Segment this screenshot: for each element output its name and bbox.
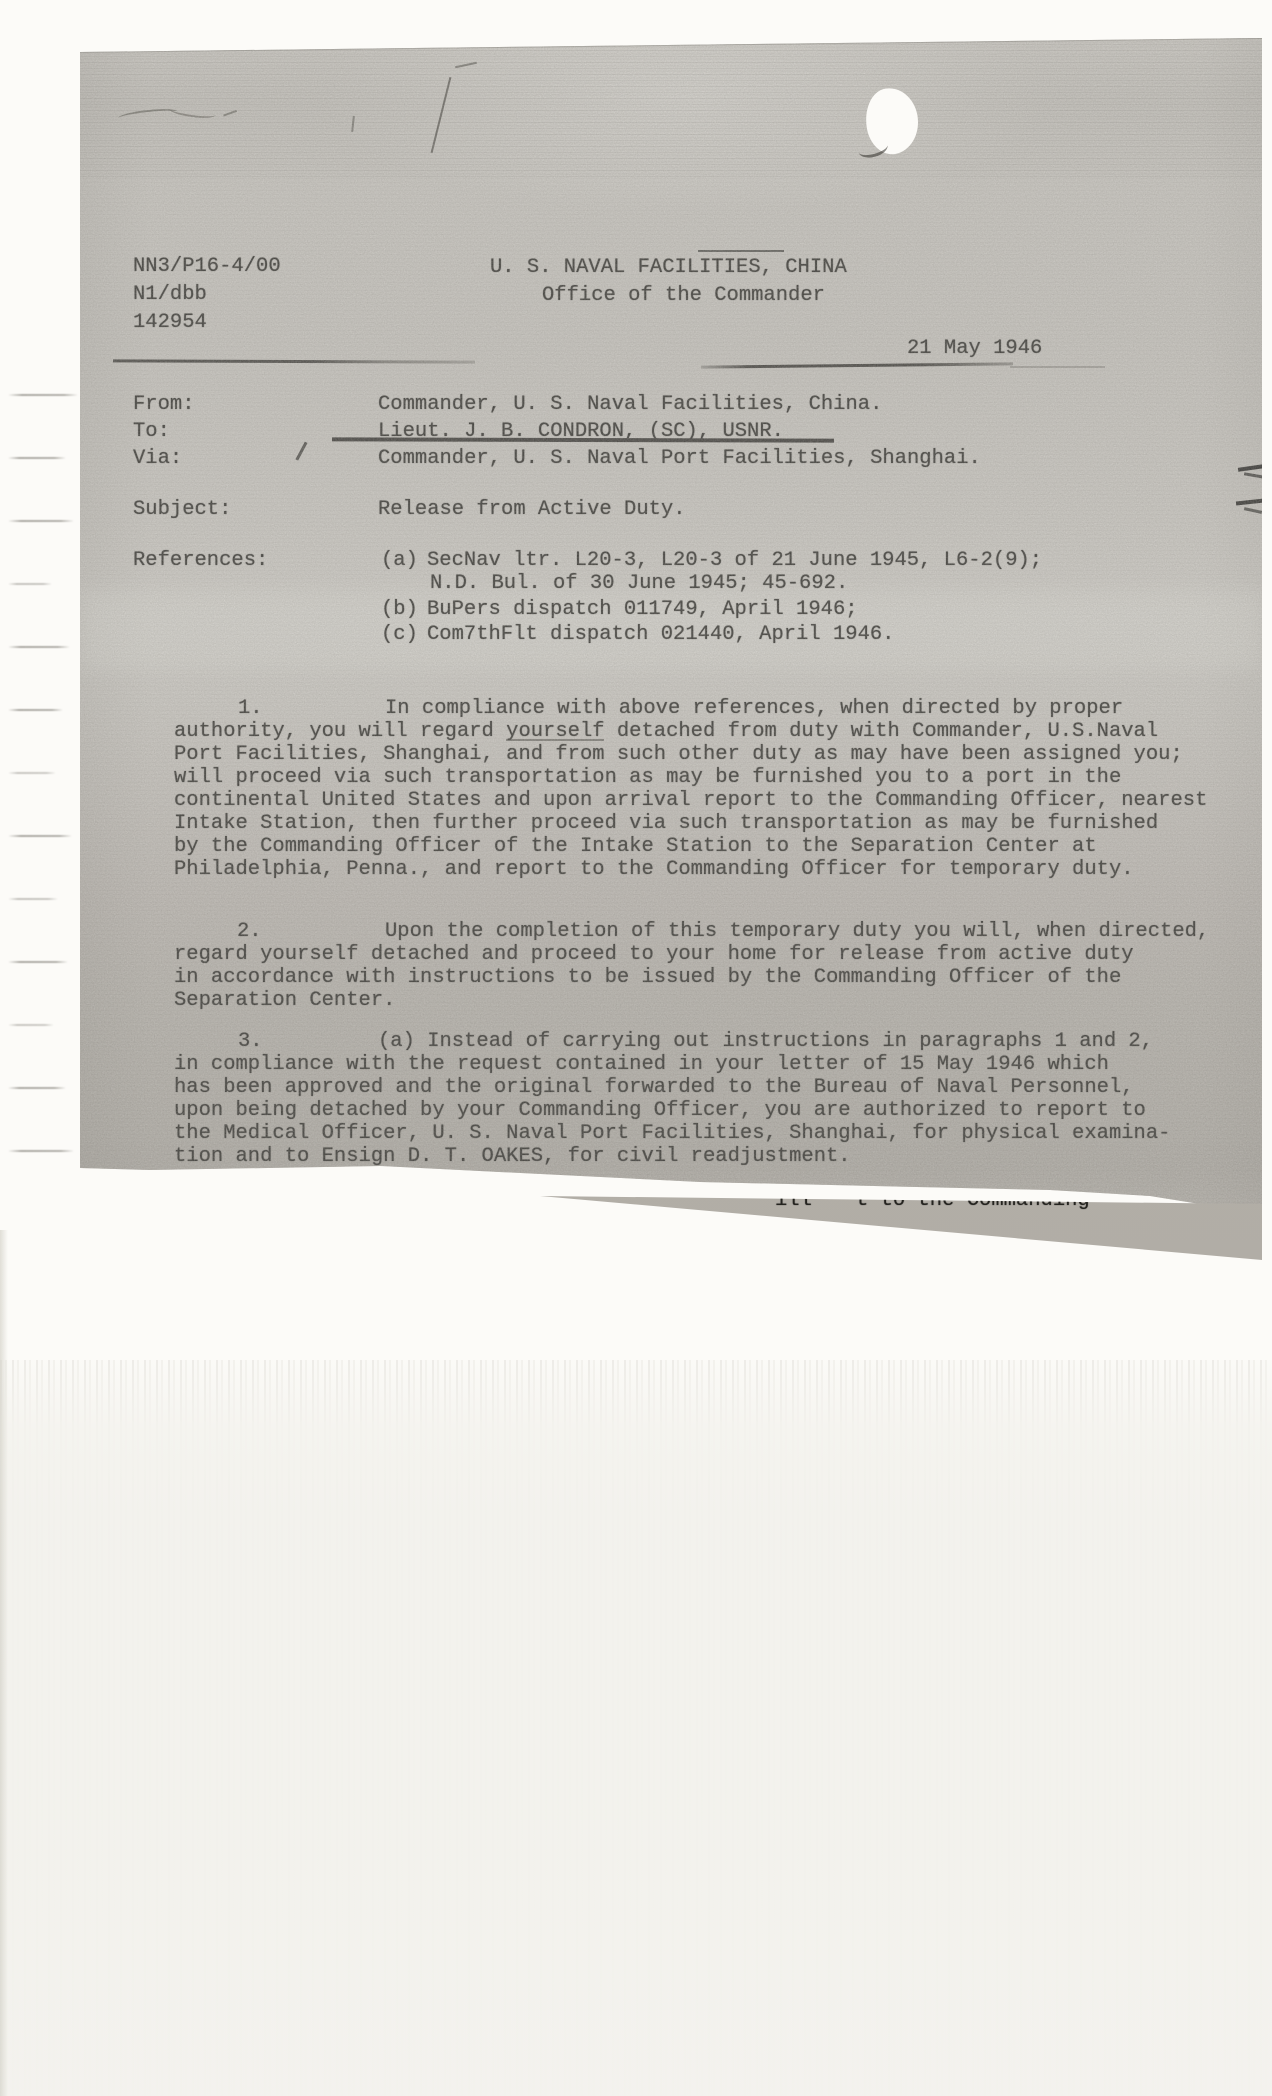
scanner-edge-strip xyxy=(0,1230,8,2096)
torn-text-fragment: ill xyxy=(775,1189,812,1212)
margin-dash xyxy=(8,961,68,963)
margin-dash xyxy=(8,835,72,837)
paragraph-3-line: tion and to Ensign D. T. OAKES, for civi… xyxy=(174,1145,851,1168)
reference-b-tag: (b) xyxy=(381,598,418,621)
torn-text-fragment: t to the Commanding xyxy=(856,1189,1090,1212)
paragraph-1-line: Intake Station, then further proceed via… xyxy=(174,812,1158,835)
reference-c-tag: (c) xyxy=(381,623,418,646)
paragraph-2-line: in accordance with instructions to be is… xyxy=(174,966,1121,989)
margin-dash xyxy=(8,646,70,648)
paragraph-1-line: Philadelphia, Penna., and report to the … xyxy=(174,858,1134,881)
margin-dash xyxy=(8,457,66,459)
margin-dash xyxy=(8,583,52,585)
overline-artifact xyxy=(698,250,784,252)
paragraph-2-line: Separation Center. xyxy=(174,989,395,1012)
via-value: Commander, U. S. Naval Port Facilities, … xyxy=(378,447,981,470)
file-reference-line: N1/dbb xyxy=(133,283,207,306)
from-value: Commander, U. S. Naval Facilities, China… xyxy=(378,393,882,416)
paragraph-2-number: 2. xyxy=(237,920,262,943)
margin-dash xyxy=(8,394,78,396)
margin-dash xyxy=(8,709,63,711)
paragraph-2-line: regard yourself detached and proceed to … xyxy=(174,943,1134,966)
reference-a-line: N.D. Bul. of 30 June 1945; 45-692. xyxy=(430,572,848,595)
file-reference-line: 142954 xyxy=(133,311,207,334)
paragraph-1-line: In compliance with above references, whe… xyxy=(385,697,1123,720)
paragraph-1-line: will proceed via such transportation as … xyxy=(174,766,1121,789)
margin-dash xyxy=(8,772,56,774)
paragraph-3-line: the Medical Officer, U. S. Naval Port Fa… xyxy=(174,1122,1170,1145)
margin-dash xyxy=(8,1024,54,1026)
subject-value: Release from Active Duty. xyxy=(378,498,686,521)
margin-dash xyxy=(8,898,58,900)
reference-a-tag: (a) xyxy=(381,549,418,572)
header-rule-right-faint xyxy=(1010,366,1105,368)
paragraph-1-line: by the Commanding Officer of the Intake … xyxy=(174,835,1097,858)
references-label: References: xyxy=(133,549,268,572)
paragraph-1-number: 1. xyxy=(238,697,263,720)
subject-label: Subject: xyxy=(133,498,231,521)
reference-b-line: BuPers dispatch 011749, April 1946; xyxy=(427,598,858,621)
letter-date: 21 May 1946 xyxy=(907,337,1042,360)
to-label: To: xyxy=(133,420,170,443)
via-label: Via: xyxy=(133,447,182,470)
yourself-underline xyxy=(506,739,604,741)
margin-dash xyxy=(8,520,74,522)
reference-c-line: Com7thFlt dispatch 021440, April 1946. xyxy=(427,623,894,646)
scanned-letter-page: NN3/P16-4/00 N1/dbb 142954 U. S. NAVAL F… xyxy=(0,0,1272,2096)
margin-dash xyxy=(8,1150,74,1152)
paragraph-1-line: continental United States and upon arriv… xyxy=(174,789,1207,812)
paragraph-3-number: 3. xyxy=(238,1030,263,1053)
paragraph-1-line: authority, you will regard yourself deta… xyxy=(174,720,1158,743)
paragraph-3-line: (a) Instead of carrying out instructions… xyxy=(378,1030,1153,1053)
paragraph-2-line: Upon the completion of this temporary du… xyxy=(385,920,1209,943)
paragraph-3-line: in compliance with the request contained… xyxy=(174,1053,1109,1076)
file-reference-line: NN3/P16-4/00 xyxy=(133,255,281,278)
paragraph-3-line: upon being detached by your Commanding O… xyxy=(174,1099,1146,1122)
letterhead-organization: U. S. NAVAL FACILITIES, CHINA xyxy=(490,256,847,279)
scanner-blank-area xyxy=(0,1360,1272,2096)
paragraph-1-line: Port Facilities, Shanghai, and from such… xyxy=(174,743,1183,766)
reference-a-line: SecNav ltr. L20-3, L20-3 of 21 June 1945… xyxy=(427,549,1042,572)
margin-dash xyxy=(8,1087,66,1089)
from-label: From: xyxy=(133,393,195,416)
paragraph-3-line: has been approved and the original forwa… xyxy=(174,1076,1134,1099)
letterhead-office: Office of the Commander xyxy=(542,284,825,307)
